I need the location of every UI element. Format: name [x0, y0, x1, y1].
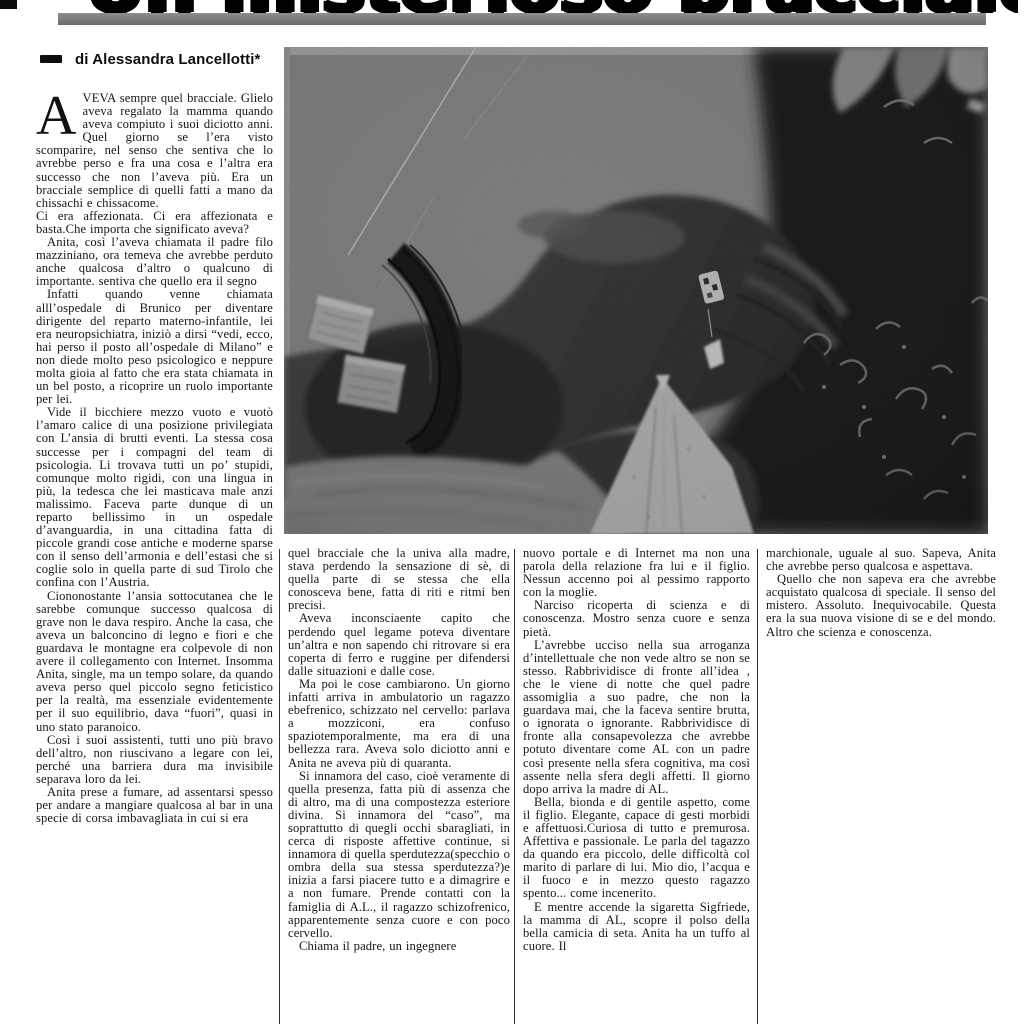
- drop-cap: A: [36, 92, 83, 138]
- article-paragraph: Bella, bionda e di gentile aspetto, come…: [523, 796, 750, 901]
- article-paragraph: Anita prese a fumare, ad assentarsi spes…: [36, 786, 273, 825]
- column-rule: [757, 549, 758, 1024]
- text-column-1: AVEVA sempre quel bracciale. Glielo avev…: [36, 92, 273, 825]
- photo-vignette: [284, 47, 988, 534]
- article-paragraph: Narciso ricoperta di scienza e di conosc…: [523, 599, 750, 638]
- article-paragraph: quel bracciale che la univa alla madre, …: [288, 547, 510, 612]
- article-paragraph: Così i suoi assistenti, tutti uno più br…: [36, 734, 273, 786]
- article-paragraph: E mentre accende la sigaretta Sigfriede,…: [523, 901, 750, 953]
- headline-underline-bar: [58, 13, 986, 25]
- byline-author: di Alessandra Lancellotti*: [75, 51, 260, 68]
- article-paragraph: marchionale, uguale al suo. Sapeva, Anit…: [766, 547, 996, 573]
- headline-cropped: Un misterioso bracciale: [86, 0, 1018, 13]
- article-paragraph: Ma poi le cose cambiarono. Un giorno inf…: [288, 678, 510, 770]
- page-corner-mark: [0, 0, 17, 9]
- headline-text: Un misterioso bracciale: [86, 0, 999, 13]
- column-rule: [514, 549, 515, 1024]
- article-paragraph: Si innamora del caso, cioè veramente di …: [288, 770, 510, 940]
- bracelet-photo-illustration: [284, 47, 988, 534]
- byline: di Alessandra Lancellotti*: [40, 51, 260, 68]
- text-column-4: marchionale, uguale al suo. Sapeva, Anit…: [766, 547, 996, 639]
- article-paragraph: L’avrebbe ucciso nella sua arroganza d’i…: [523, 639, 750, 796]
- byline-dash-icon: [40, 55, 62, 63]
- text-column-3: nuovo portale e di Internet ma non una p…: [523, 547, 750, 953]
- article-paragraph: Quello che non sapeva era che avrebbe ac…: [766, 573, 996, 638]
- article-photo: [284, 47, 988, 534]
- article-paragraph: Vide il bicchiere mezzo vuoto e vuotò l’…: [36, 406, 273, 589]
- article-paragraph: Chiama il padre, un ingegnere: [288, 940, 510, 953]
- text-column-2: quel bracciale che la univa alla madre, …: [288, 547, 510, 953]
- article-paragraph: Ci era affezionata. Ci era affezionata e…: [36, 210, 273, 236]
- article-paragraph: Anita, così l’aveva chiamata il padre fi…: [36, 236, 273, 288]
- article-paragraph: Infatti quando venne chiamata alll’osped…: [36, 288, 273, 406]
- article-paragraph: nuovo portale e di Internet ma non una p…: [523, 547, 750, 599]
- article-paragraph: AVEVA sempre quel bracciale. Glielo avev…: [36, 92, 273, 210]
- column-rule: [279, 549, 280, 1024]
- article-paragraph: Aveva inconsciaente capito che perdendo …: [288, 612, 510, 677]
- newspaper-page: Un misterioso bracciale di Alessandra La…: [0, 0, 1024, 1024]
- article-paragraph: Ciononostante l’ansia sottocutanea che l…: [36, 590, 273, 734]
